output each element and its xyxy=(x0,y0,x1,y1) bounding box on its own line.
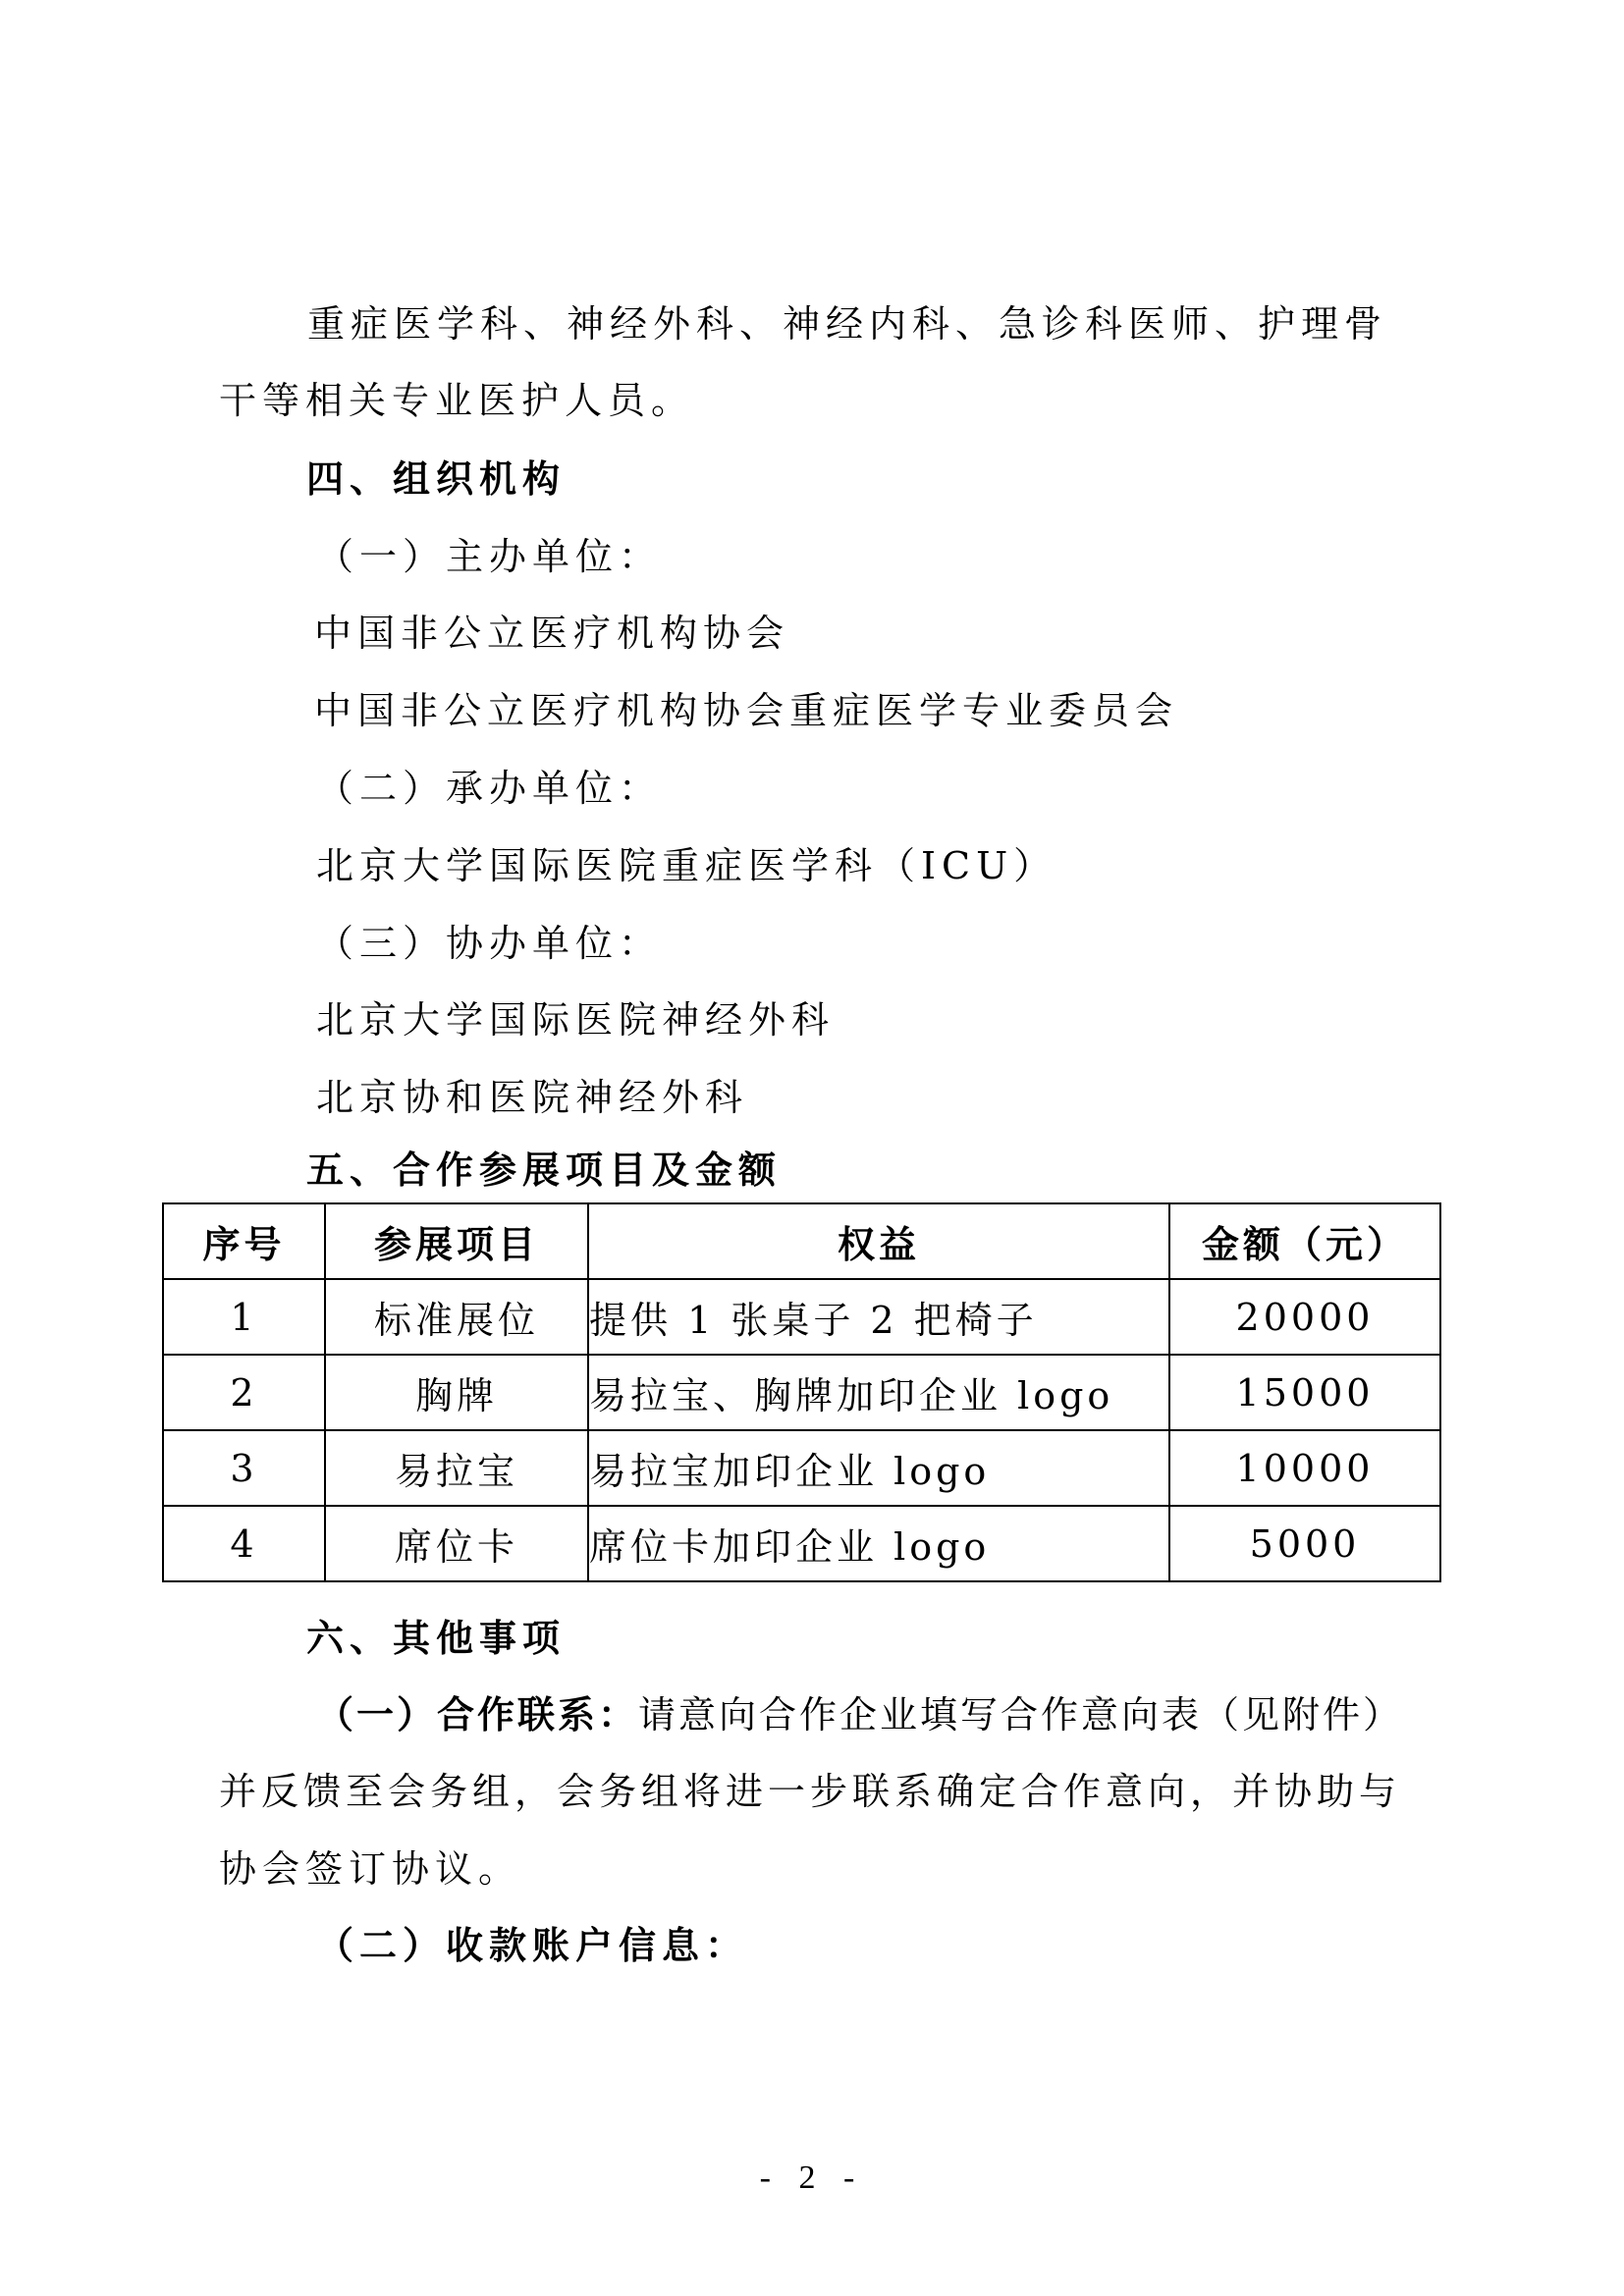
table-row: 2 胸牌 易拉宝、胸牌加印企业 logo 15000 xyxy=(163,1355,1440,1430)
section-6-sub-1-text: 请意向合作企业填写合作意向表（见附件） xyxy=(638,1693,1403,1736)
header-index: 序号 xyxy=(163,1203,325,1279)
table-row: 1 标准展位 提供 1 张桌子 2 把椅子 20000 xyxy=(163,1279,1440,1355)
header-item: 参展项目 xyxy=(325,1203,588,1279)
cell-index: 2 xyxy=(163,1355,325,1430)
table-header-row: 序号 参展项目 权益 金额（元） xyxy=(163,1203,1440,1279)
cell-item: 席位卡 xyxy=(325,1506,588,1581)
cell-index: 1 xyxy=(163,1279,325,1355)
cell-index: 3 xyxy=(163,1430,325,1506)
cell-amount: 5000 xyxy=(1169,1506,1440,1581)
intro-paragraph-line-2: 干等相关专业医护人员。 xyxy=(219,377,694,424)
cell-amount: 15000 xyxy=(1169,1355,1440,1430)
cell-item: 易拉宝 xyxy=(325,1430,588,1506)
section-6-sub-1-line-3: 协会签订协议。 xyxy=(219,1845,521,1893)
cell-benefits: 易拉宝、胸牌加印企业 logo xyxy=(588,1355,1169,1430)
section-4-sub-3-label: （三）协办单位： xyxy=(316,920,662,967)
document-page: 重症医学科、神经外科、神经内科、急诊科医师、护理骨 干等相关专业医护人员。 四、… xyxy=(0,0,1624,2296)
section-6-sub-1-line-2: 并反馈至会务组，会务组将进一步联系确定合作意向，并协助与 xyxy=(219,1768,1401,1815)
cell-item: 胸牌 xyxy=(325,1355,588,1430)
section-6-sub-1-line-1: （一）合作联系：请意向合作企业填写合作意向表（见附件） xyxy=(316,1691,1403,1738)
cell-benefits: 提供 1 张桌子 2 把椅子 xyxy=(588,1279,1169,1355)
section-4-sub-1-label: （一）主办单位： xyxy=(316,533,662,580)
header-benefits: 权益 xyxy=(588,1203,1169,1279)
table-row: 3 易拉宝 易拉宝加印企业 logo 10000 xyxy=(163,1430,1440,1506)
cell-benefits: 易拉宝加印企业 logo xyxy=(588,1430,1169,1506)
intro-paragraph-line-1: 重症医学科、神经外科、神经内科、急诊科医师、护理骨 xyxy=(307,300,1387,347)
section-5-heading: 五、合作参展项目及金额 xyxy=(306,1147,782,1194)
header-amount: 金额（元） xyxy=(1169,1203,1440,1279)
sponsorship-table: 序号 参展项目 权益 金额（元） 1 标准展位 提供 1 张桌子 2 把椅子 2… xyxy=(162,1202,1441,1582)
cell-amount: 20000 xyxy=(1169,1279,1440,1355)
organizer-2: 中国非公立医疗机构协会重症医学专业委员会 xyxy=(314,687,1178,734)
cell-item: 标准展位 xyxy=(325,1279,588,1355)
cell-index: 4 xyxy=(163,1506,325,1581)
section-6-sub-1-lead: （一）合作联系： xyxy=(316,1692,638,1736)
organizer-1: 中国非公立医疗机构协会 xyxy=(314,610,789,657)
cell-amount: 10000 xyxy=(1169,1430,1440,1506)
section-4-sub-2-label: （二）承办单位： xyxy=(316,765,662,812)
co-organizer-1: 北京大学国际医院神经外科 xyxy=(316,996,835,1043)
section-6-sub-2-label: （二）收款账户信息： xyxy=(316,1922,748,1969)
co-organizer-2: 北京协和医院神经外科 xyxy=(316,1074,748,1121)
section-4-heading: 四、组织机构 xyxy=(306,455,566,503)
page-number: - 2 - xyxy=(0,2160,1624,2197)
section-6-heading: 六、其他事项 xyxy=(306,1615,566,1662)
cell-benefits: 席位卡加印企业 logo xyxy=(588,1506,1169,1581)
host-1: 北京大学国际医院重症医学科（ICU） xyxy=(316,842,1056,889)
table-row: 4 席位卡 席位卡加印企业 logo 5000 xyxy=(163,1506,1440,1581)
